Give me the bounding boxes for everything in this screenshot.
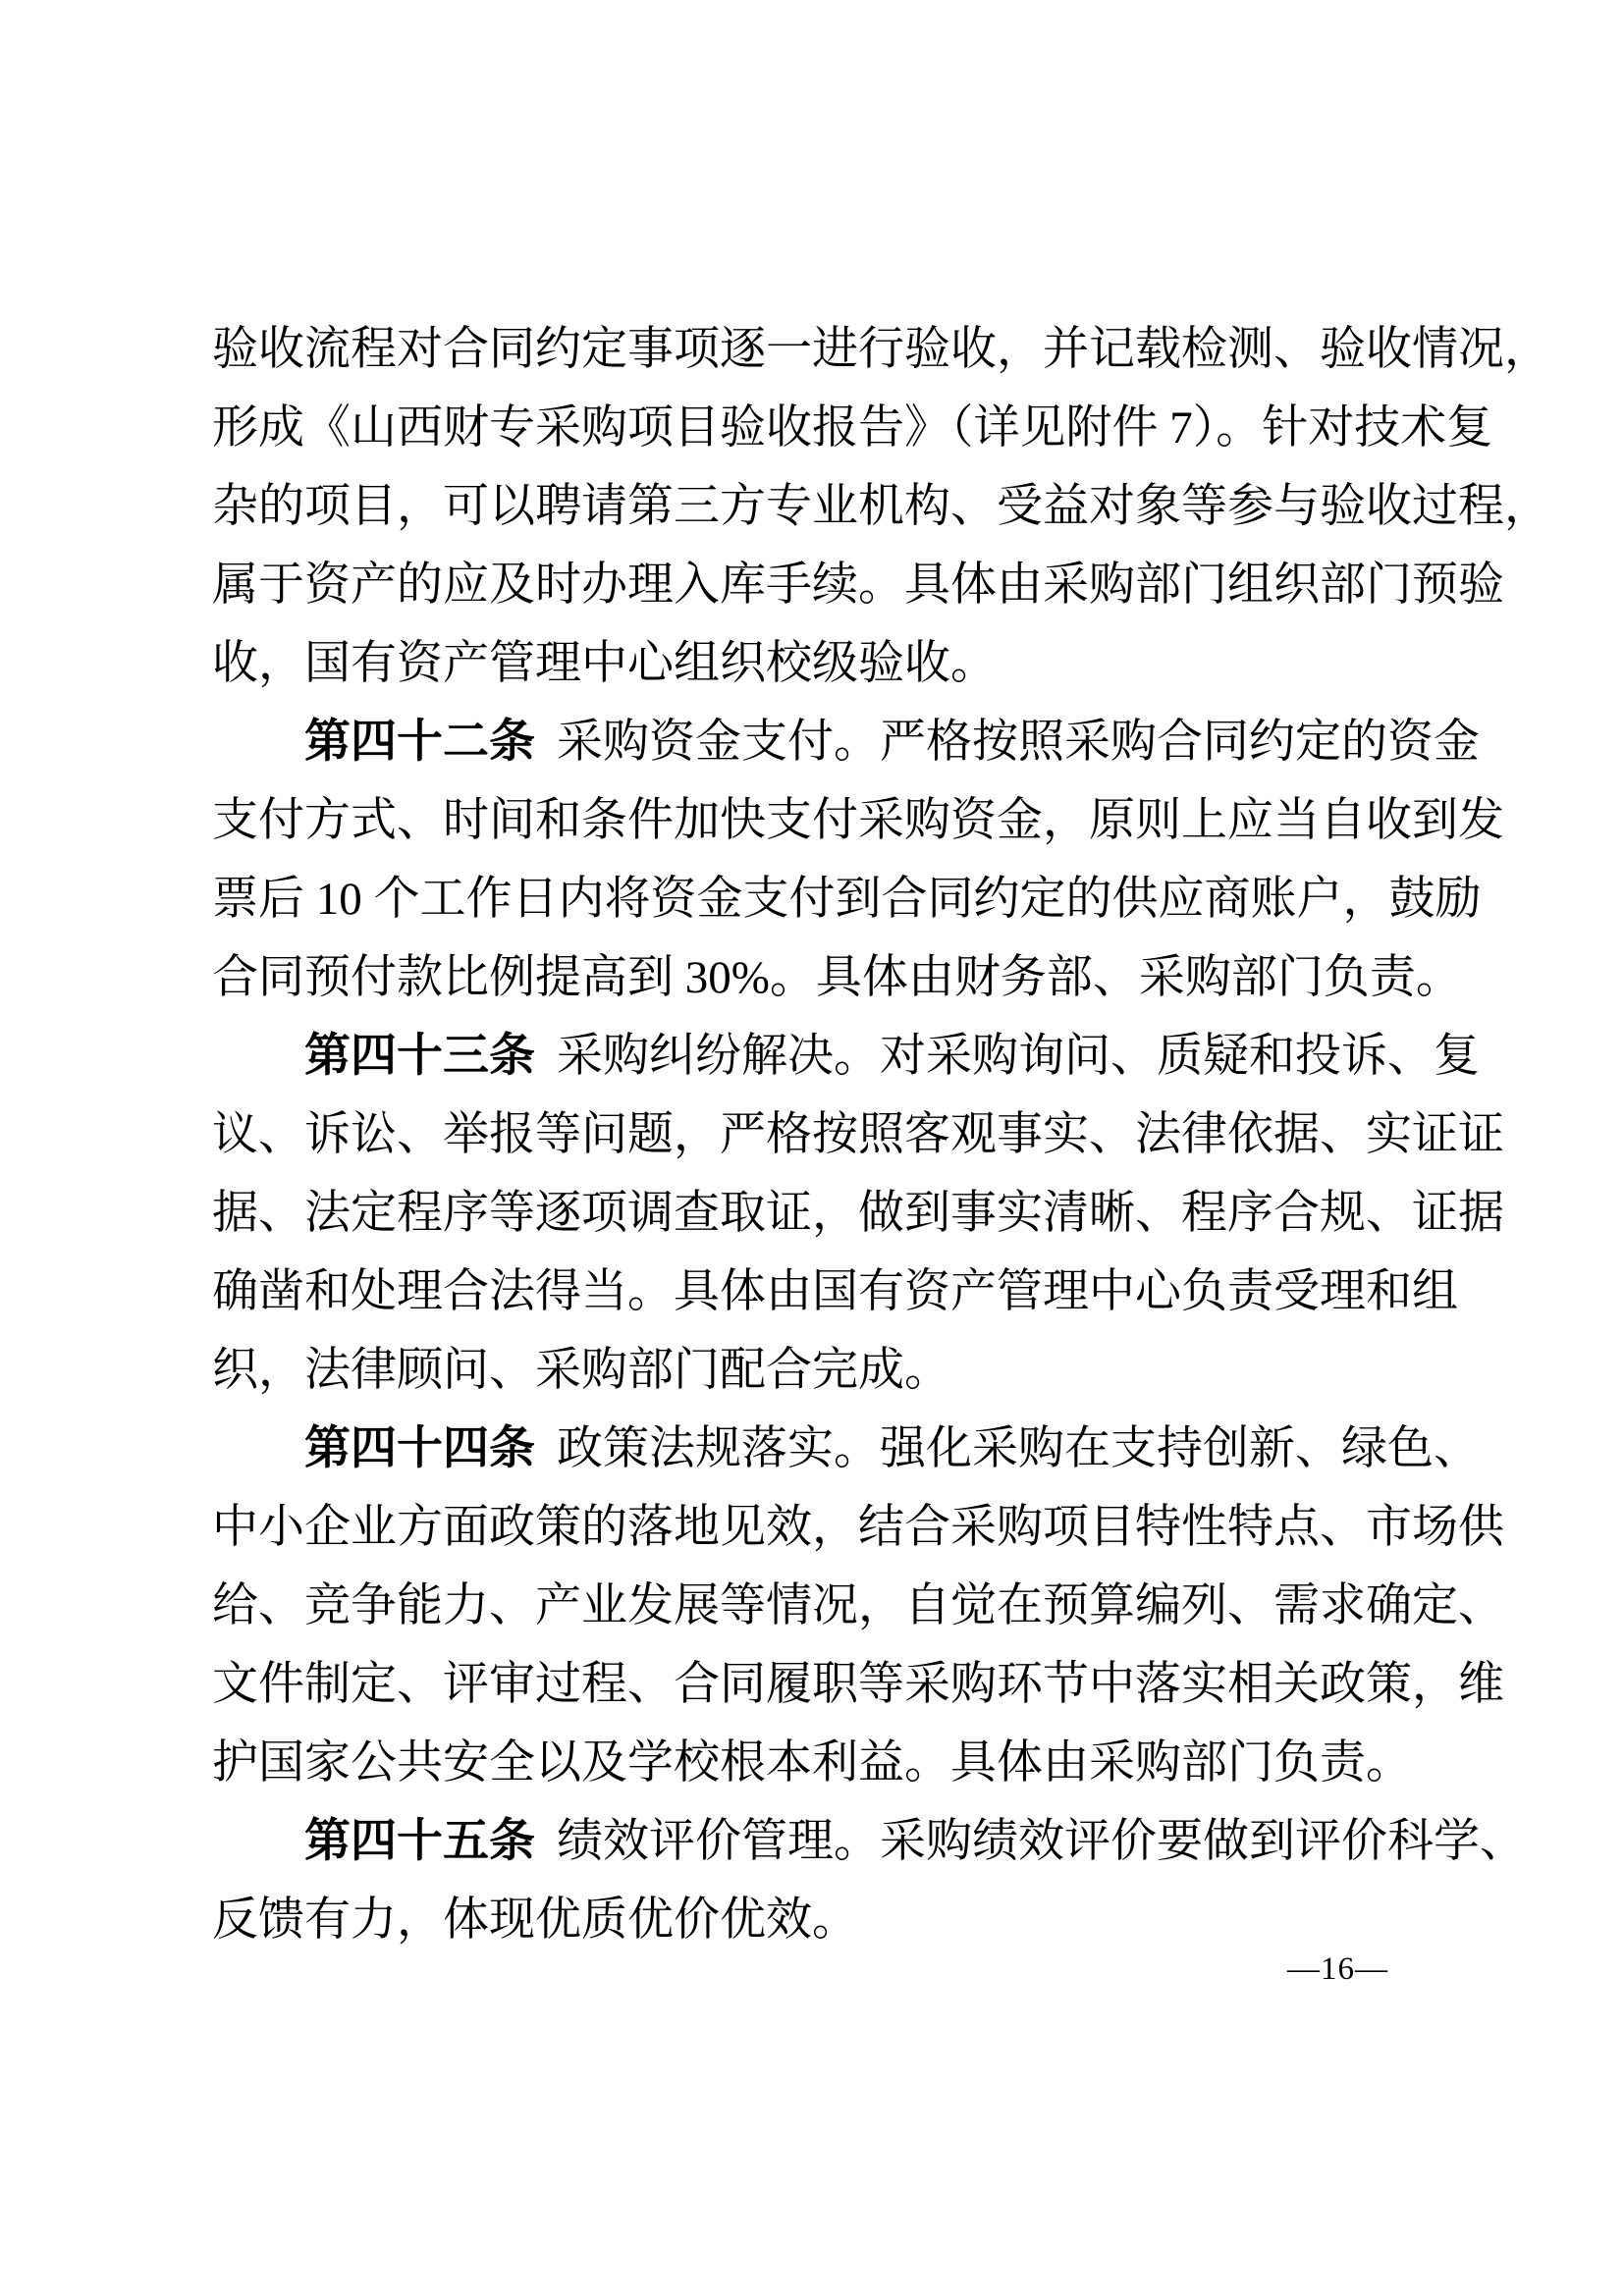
page-number: —16—	[1287, 1949, 1388, 1989]
text-line: 文件制定、评审过程、合同履职等采购环节中落实相关政策，维	[212, 1645, 1412, 1724]
text-line: 第四十四条政策法规落实。强化采购在支持创新、绿色、	[212, 1410, 1412, 1488]
article-text: 绩效评价管理。采购绩效评价要做到评价科学、	[557, 1816, 1526, 1867]
article-heading: 第四十五条	[304, 1816, 535, 1867]
text-line: 第四十五条绩效评价管理。采购绩效评价要做到评价科学、	[212, 1802, 1412, 1881]
text-line: 反馈有力，体现优质优价优效。	[212, 1881, 1412, 1959]
text-line: 中小企业方面政策的落地见效，结合采购项目特性特点、市场供	[212, 1488, 1412, 1567]
text-line: 织，法律顾问、采购部门配合完成。	[212, 1331, 1412, 1410]
text-line: 第四十三条采购纠纷解决。对采购询问、质疑和投诉、复	[212, 1017, 1412, 1095]
document-page: 验收流程对合同约定事项逐一进行验收，并记载检测、验收情况，形成《山西财专采购项目…	[0, 0, 1624, 2296]
text-line: 第四十二条采购资金支付。严格按照采购合同约定的资金	[212, 703, 1412, 781]
article-text: 采购纠纷解决。对采购询问、质疑和投诉、复	[557, 1031, 1480, 1082]
text-line: 收，国有资产管理中心组织校级验收。	[212, 624, 1412, 703]
text-line: 验收流程对合同约定事项逐一进行验收，并记载检测、验收情况，	[212, 310, 1412, 389]
text-line: 杂的项目，可以聘请第三方专业机构、受益对象等参与验收过程，	[212, 467, 1412, 546]
article-text: 采购资金支付。严格按照采购合同约定的资金	[557, 717, 1480, 768]
article-heading: 第四十四条	[304, 1423, 535, 1474]
text-line: 确凿和处理合法得当。具体由国有资产管理中心负责受理和组	[212, 1253, 1412, 1331]
text-line: 合同预付款比例提高到 30%。具体由财务部、采购部门负责。	[212, 938, 1412, 1017]
text-line: 形成《山西财专采购项目验收报告》（详见附件 7）。针对技术复	[212, 389, 1412, 467]
text-line: 支付方式、时间和条件加快支付采购资金，原则上应当自收到发	[212, 781, 1412, 860]
text-line: 护国家公共安全以及学校根本利益。具体由采购部门负责。	[212, 1724, 1412, 1802]
article-text: 政策法规落实。强化采购在支持创新、绿色、	[557, 1423, 1480, 1474]
text-line: 属于资产的应及时办理入库手续。具体由采购部门组织部门预验	[212, 546, 1412, 624]
text-line: 据、法定程序等逐项调查取证，做到事实清晰、程序合规、证据	[212, 1174, 1412, 1253]
article-heading: 第四十三条	[304, 1031, 535, 1082]
text-line: 议、诉讼、举报等问题，严格按照客观事实、法律依据、实证证	[212, 1095, 1412, 1174]
document-body: 验收流程对合同约定事项逐一进行验收，并记载检测、验收情况，形成《山西财专采购项目…	[212, 310, 1412, 1959]
text-line: 票后 10 个工作日内将资金支付到合同约定的供应商账户，鼓励	[212, 860, 1412, 938]
text-line: 给、竞争能力、产业发展等情况，自觉在预算编列、需求确定、	[212, 1567, 1412, 1645]
article-heading: 第四十二条	[304, 717, 535, 768]
